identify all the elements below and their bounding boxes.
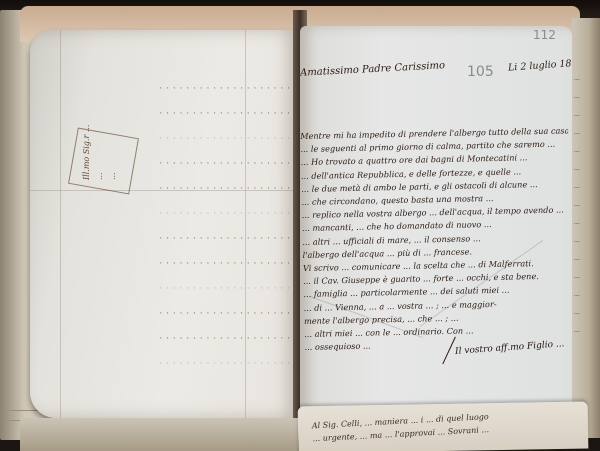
bleed-line: · · · · · · · · · · · · · · · · · · · · bbox=[40, 280, 290, 298]
letter-body: Mentre mi ha impedito di prendere l'albe… bbox=[300, 124, 573, 354]
address-line: ... bbox=[93, 40, 106, 180]
bleed-line: · · · · · · · · · · · · · · · · · · · · bbox=[40, 205, 290, 223]
address-line: Ill.mo Sig.r ... bbox=[80, 40, 93, 180]
archive-number: 105 bbox=[467, 64, 494, 80]
margin-note: ... bbox=[574, 268, 598, 286]
margin-note: ... bbox=[574, 304, 598, 322]
margin-note: ... bbox=[574, 70, 598, 88]
margin-note: ... bbox=[574, 322, 598, 340]
address-lines: Ill.mo Sig.r ... ... ... bbox=[80, 40, 119, 180]
bleed-line: · · · · · · · · · · · · · · · · · · · · bbox=[40, 330, 290, 348]
margin-note: ... bbox=[574, 142, 598, 160]
margin-note: ... bbox=[574, 196, 598, 214]
manuscript-photo: · · · · · · · · · · · · · · · · · · · ··… bbox=[0, 0, 600, 451]
margin-note: ... bbox=[574, 232, 598, 250]
margin-note: ... bbox=[574, 250, 598, 268]
bleed-line: · · · · · · · · · · · · · · · · · · · · bbox=[40, 230, 290, 248]
margin-note: ... bbox=[574, 160, 598, 178]
bleed-line: · · · · · · · · · · · · · · · · · · · · bbox=[40, 255, 290, 273]
margin-note: ... bbox=[574, 124, 598, 142]
bleed-line: · · · · · · · · · · · · · · · · · · · · bbox=[40, 105, 290, 123]
folio-number: 112 bbox=[533, 28, 556, 42]
margin-note: ... bbox=[574, 286, 598, 304]
margin-note: ... bbox=[574, 214, 598, 232]
page-edges-bottom bbox=[20, 418, 298, 451]
margin-note: ... bbox=[574, 178, 598, 196]
margin-note: ... bbox=[574, 106, 598, 124]
bleed-line: · · · · · · · · · · · · · · · · · · · · bbox=[40, 355, 290, 373]
bleed-line: · · · · · · · · · · · · · · · · · · · · bbox=[40, 305, 290, 323]
address-line: ... bbox=[106, 40, 119, 180]
margin-notes: ........................................… bbox=[574, 70, 598, 340]
bleed-line: · · · · · · · · · · · · · · · · · · · · bbox=[40, 80, 290, 98]
margin-note: ... bbox=[574, 88, 598, 106]
